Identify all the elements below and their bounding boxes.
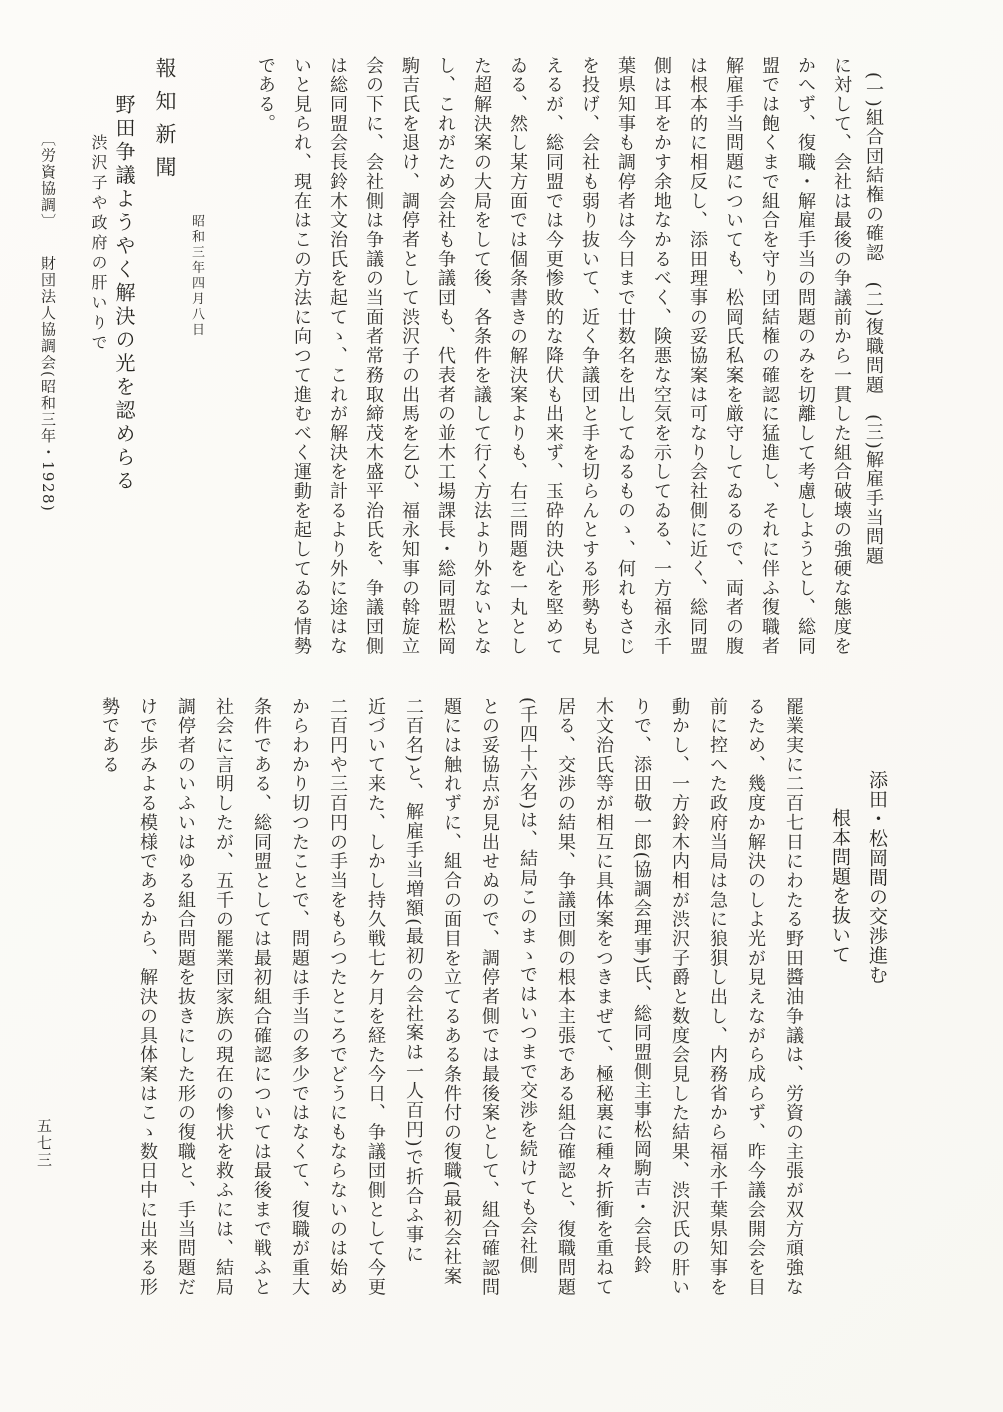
text-column: である。 (247, 56, 283, 678)
text-column: るため、幾度か解決のしよ光が見えながら成らず、昨今議会開会を目 (736, 697, 774, 1321)
text-column: 会の下に、会社側は争議の当面者常務取締茂木盛平治氏を、争議団側 (355, 56, 391, 678)
text-column: 社会に言明したが、五千の罷業団家族の現在の惨状を救ふには、結局 (204, 697, 242, 1321)
text-column: 罷業実に二百七日にわたる野田醬油争議は、労資の主張が双方頑強な (774, 697, 812, 1321)
text-column: 盟では飽くまで組合を守り団結権の確認に猛進し、それに伴ふ復職者 (751, 56, 787, 678)
text-column: 動かし、一方鈴木内相が渋沢子爵と数度会見した結果、渋沢氏の肝い (660, 697, 698, 1321)
text-column: かへず、復職・解雇手当の問題のみを切離して考慮しようとし、総同 (787, 56, 823, 678)
text-column: いと見られ、現在はこの方法に向つて進むべく運動を起してゐる情勢 (283, 56, 319, 678)
text-column: りで、添田敬一郎(協調会理事)氏、総同盟側主事松岡駒吉・会長鈴 (622, 697, 660, 1321)
text-column: 近づいて来た、しかし持久戦七ケ月を経た今日、争議団側として今更 (356, 697, 394, 1321)
text-column: ゐる、然し某方面では個条書きの解決案よりも、右三問題を一丸とし (499, 56, 535, 678)
article-top-headline: 野田争議ようやく解決の光を認めらる (113, 94, 135, 594)
article-bottom-headline: 添田・松岡間の交渉進む (866, 770, 887, 1070)
article-top-body: に対して、会社は最後の争議前から一貫した組合破壊の強硬な態度をかへず、復職・解雇… (247, 56, 859, 678)
text-column: 居る、交渉の結果、争議団側の根本主張である組合確認と、復職問題 (546, 697, 584, 1321)
issues-header: (一)組合団結権の確認 (二)復職問題 (三)解雇手当問題 (863, 72, 884, 672)
text-column: は総同盟会長鈴木文治氏を起てゝ、これが解決を計るより外に途はな (319, 56, 355, 678)
text-column: 木文治氏等が相互に具体案をつきまぜて、極秘裏に種々折衝を重ねて (584, 697, 622, 1321)
text-column: えるが、総同盟では今更惨敗的な降伏も出来ず、玉砕的決心を堅めて (535, 56, 571, 678)
article-bottom-body: 罷業実に二百七日にわたる野田醬油争議は、労資の主張が双方頑強なるため、幾度か解決… (90, 697, 812, 1321)
text-column: は根本的に相反し、添田理事の妥協案は可なり会社側に近く、総同盟 (679, 56, 715, 678)
text-column: に対して、会社は最後の争議前から一貫した組合破壊の強硬な態度を (823, 56, 859, 678)
text-column: 調停者のいふいはゆる組合問題を抜きにした形の復職と、手当問題だ (166, 697, 204, 1321)
article-bottom-subheadline: 根本問題を抜いて (829, 808, 850, 1068)
text-column: 前に控へた政府当局は急に狼狽し出し、内務省から福永千葉県知事を (698, 697, 736, 1321)
text-column: (千四十六名)は、結局このまゝではいつまで交渉を続けても会社側 (508, 697, 546, 1321)
page-number: 五七三 (35, 1118, 52, 1198)
text-column: 二百名)と、解雇手当増額(最初の会社案は一人百円)で折合ふ事に (394, 697, 432, 1321)
scanned-page: (一)組合団結権の確認 (二)復職問題 (三)解雇手当問題 に対して、会社は最後… (0, 0, 1003, 1412)
newspaper-name: 報知新聞 (152, 57, 177, 357)
text-column: 二百円や三百円の手当をもらつたところでどうにもならないのは始め (318, 697, 356, 1321)
newspaper-date: 昭和三年四月八日 (189, 214, 204, 394)
text-column: 題には触れずに、組合の面目を立てるある条件付の復職(最初会社案 (432, 697, 470, 1321)
text-column: 葉県知事も調停者は今日まで廿数名を出してゐるものゝ、何れもさじ (607, 56, 643, 678)
text-column: けで歩みよる模様であるから、解決の具体案はこゝ数日中に出来る形 (128, 697, 166, 1321)
text-column: 条件である、総同盟としては最初組合確認については最後まで戦ふと (242, 697, 280, 1321)
text-column: 勢である (90, 697, 128, 1321)
text-column: し、これがため会社も争議団も、代表者の並木工場課長・総同盟松岡 (427, 56, 463, 678)
text-column: からわかり切つたことで、問題は手当の多少ではなくて、復職が重大 (280, 697, 318, 1321)
source-attribution: 〔労資協調〕 財団法人協調会(昭和三年・1928) (39, 131, 56, 601)
text-column: を投げ、会社も弱り抜いて、近く争議団と手を切らんとする形勢も見 (571, 56, 607, 678)
text-column: 駒吉氏を退け、調停者として渋沢子の出馬を乞ひ、福永知事の斡旋立 (391, 56, 427, 678)
text-column: た超解決案の大局をして後、各条件を議して行く方法より外ないとな (463, 56, 499, 678)
text-column: との妥協点が見出せぬので、調停者側では最後案として、組合確認問 (470, 697, 508, 1321)
article-top-subheadline: 渋沢子や政府の肝いりで (89, 134, 107, 554)
text-column: 解雇手当問題についても、松岡氏私案を厳守してゐるので、両者の腹 (715, 56, 751, 678)
text-column: 側は耳をかす余地なかるべく、険悪な空気を示してゐる、一方福永千 (643, 56, 679, 678)
